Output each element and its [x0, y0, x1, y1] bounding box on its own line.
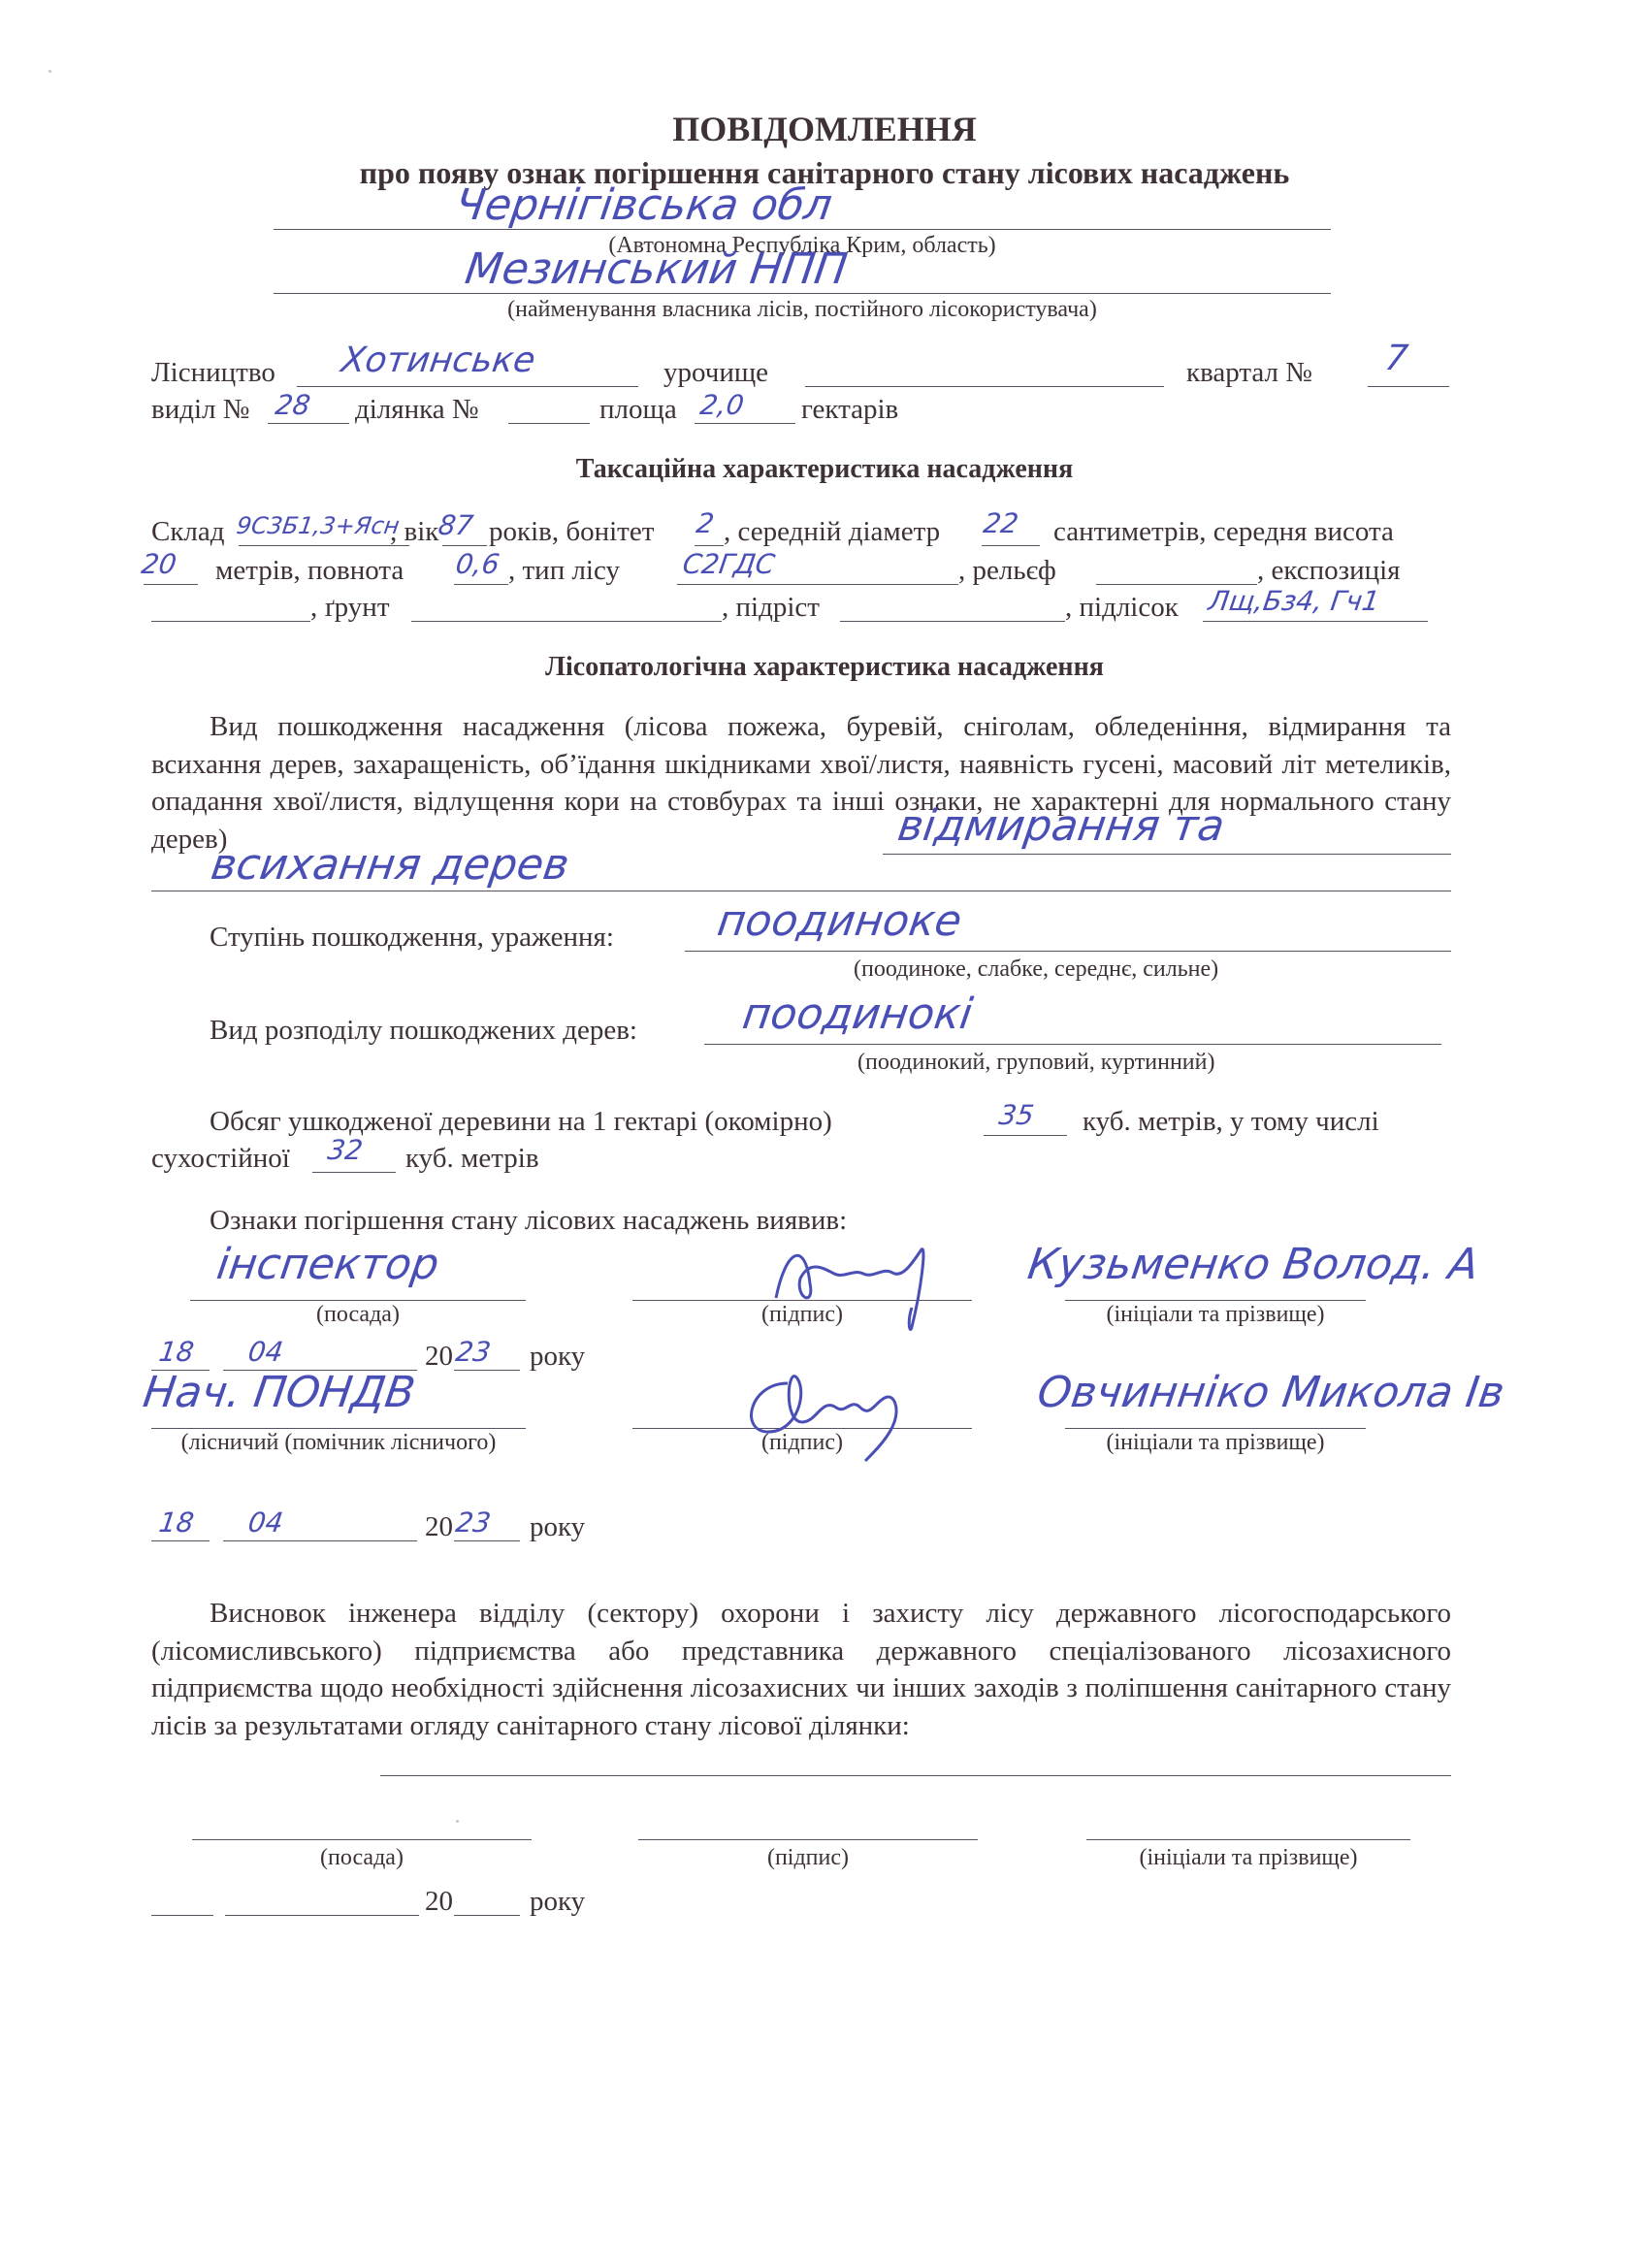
distribution-caption: (поодинокий, груповий, куртинний): [857, 1050, 1214, 1076]
inspector-name-caption: (ініціали та прізвище): [1065, 1302, 1366, 1328]
volume-field-line[interactable]: [984, 1135, 1067, 1136]
exposure-field-line[interactable]: [151, 621, 310, 622]
diameter-unit: сантиметрів, середня висота: [1053, 514, 1394, 549]
conclusion-field-line[interactable]: [380, 1775, 1451, 1776]
document-title: ПОВІДОМЛЕННЯ: [0, 109, 1649, 149]
forest-type-label: , тип лісу: [508, 553, 620, 588]
deadwood-label: сухостійної: [151, 1141, 290, 1176]
conclusion-date-day-line[interactable]: [151, 1915, 213, 1916]
damage-type-field-line-1[interactable]: [883, 854, 1451, 855]
inspector-date-century: 20: [425, 1339, 453, 1374]
scan-speck: [456, 1820, 459, 1823]
density-value: 0,6: [453, 545, 501, 584]
forester-date-day: 18: [156, 1504, 196, 1542]
volume-unit: куб. метрів, у тому числі: [1083, 1104, 1379, 1139]
composition-label: Склад: [151, 514, 225, 549]
undergrowth-field-line[interactable]: [840, 621, 1065, 622]
inspector-name-value: Кузьменко Волод. А: [1025, 1246, 1480, 1284]
forester-position-line[interactable]: [151, 1428, 526, 1429]
area-value: 2,0: [697, 386, 746, 425]
relief-label: , рельєф: [958, 553, 1056, 588]
conclusion-signature-caption: (підпис): [638, 1845, 978, 1871]
inspector-signature-caption: (підпис): [632, 1302, 972, 1328]
owner-value: Мезинський НПП: [463, 250, 850, 289]
inspector-date-month: 04: [245, 1333, 285, 1372]
pathology-heading: Лісопатологічна характеристика насадженн…: [0, 652, 1649, 683]
area-unit: гектарів: [801, 392, 898, 427]
soil-field-line[interactable]: [411, 621, 722, 622]
conclusion-name-line[interactable]: [1086, 1839, 1410, 1840]
region-value: Чернігівська обл: [453, 186, 834, 225]
distribution-value: поодинокі: [740, 995, 975, 1034]
volume-value: 35: [996, 1096, 1036, 1135]
conclusion-position-caption: (посада): [192, 1845, 532, 1871]
forester-signature-caption: (підпис): [632, 1430, 972, 1456]
deadwood-unit: куб. метрів: [405, 1141, 539, 1176]
degree-caption: (поодиноке, слабке, середнє, сильне): [854, 956, 1218, 983]
damage-type-value-line-1: відмирання та: [895, 807, 1226, 846]
subcompartment-label: виділ №: [151, 392, 249, 427]
conclusion-signature-line[interactable]: [638, 1839, 978, 1840]
conclusion-date-month-line[interactable]: [225, 1915, 419, 1916]
forester-position-value: Нач. ПОНДВ: [141, 1374, 417, 1412]
deadwood-field-line[interactable]: [312, 1172, 396, 1173]
distribution-field-line[interactable]: [704, 1044, 1441, 1045]
forester-name-line[interactable]: [1065, 1428, 1366, 1429]
density-field-line[interactable]: [454, 584, 508, 585]
inspector-position-line[interactable]: [190, 1300, 526, 1301]
forester-name-caption: (ініціали та прізвище): [1065, 1430, 1366, 1456]
soil-label: , ґрунт: [310, 590, 390, 625]
volume-label: Обсяг ушкодженої деревини на 1 гектарі (…: [210, 1104, 832, 1139]
inspector-date-year: 23: [453, 1333, 493, 1372]
area-label: площа: [599, 392, 677, 427]
underbrush-label: , підлісок: [1065, 590, 1179, 625]
diameter-label: , середній діаметр: [724, 514, 940, 549]
owner-caption: (найменування власника лісів, постійного…: [274, 297, 1331, 323]
damage-type-value-line-2: всихання дерев: [209, 846, 571, 885]
inspector-name-line[interactable]: [1065, 1300, 1366, 1301]
plot-label: ділянка №: [355, 392, 479, 427]
damage-type-description: Вид пошкодження насадження (лісова пожеж…: [151, 708, 1451, 858]
underbrush-value: Лщ,Бз4, Гч1: [1206, 582, 1382, 621]
degree-value: поодиноке: [715, 902, 964, 941]
composition-value: 9С3Б1,3+Ясн: [234, 506, 402, 545]
plot-field-line[interactable]: [508, 423, 590, 424]
forest-type-field-line[interactable]: [677, 584, 958, 585]
damage-type-field-line-2[interactable]: [151, 891, 1451, 891]
inspector-position-caption: (посада): [190, 1302, 526, 1328]
forestry-field-line[interactable]: [297, 386, 638, 387]
forestry-value: Хотинське: [339, 341, 537, 380]
conclusion-text: Висновок інженера відділу (сектору) охор…: [151, 1595, 1451, 1785]
underbrush-field-line[interactable]: [1203, 621, 1428, 622]
quarter-label: квартал №: [1186, 355, 1312, 390]
forester-date-suffix: року: [530, 1509, 585, 1544]
height-field-line[interactable]: [144, 584, 198, 585]
forest-type-value: С2ГДС: [680, 545, 777, 584]
quarter-value: 7: [1382, 340, 1410, 378]
conclusion-date-century: 20: [425, 1884, 453, 1919]
diameter-value: 22: [981, 504, 1020, 543]
distribution-label: Вид розподілу пошкоджених дерев:: [210, 1013, 637, 1048]
scan-speck: [48, 70, 51, 73]
subcompartment-value: 28: [273, 386, 312, 425]
undergrowth-label: , підріст: [722, 590, 820, 625]
height-value: 20: [139, 545, 178, 584]
age-value: 87: [436, 506, 475, 545]
forester-date-year: 23: [453, 1504, 493, 1542]
degree-field-line[interactable]: [685, 951, 1451, 952]
quarter-field-line[interactable]: [1368, 386, 1449, 387]
forester-date-month: 04: [245, 1504, 285, 1542]
forester-date-century: 20: [425, 1509, 453, 1544]
conclusion-date-suffix: року: [530, 1884, 585, 1919]
inspector-position-value: інспектор: [214, 1246, 441, 1284]
taxation-heading: Таксаційна характеристика насадження: [0, 454, 1649, 485]
age-label: , вік: [390, 514, 438, 549]
conclusion-name-caption: (ініціали та прізвище): [1086, 1845, 1410, 1871]
inspector-date-day: 18: [156, 1333, 196, 1372]
detected-by-label: Ознаки погіршення стану лісових насаджен…: [210, 1203, 847, 1238]
degree-label: Ступінь пошкодження, ураження:: [210, 920, 614, 955]
deadwood-value: 32: [325, 1131, 365, 1170]
forester-position-caption: (лісничий (помічник лісничого): [151, 1430, 526, 1456]
tract-label: урочище: [663, 355, 768, 390]
inspector-date-suffix: року: [530, 1339, 585, 1374]
conclusion-date-year-line[interactable]: [454, 1915, 520, 1916]
age-unit: років, бонітет: [489, 514, 654, 549]
diameter-field-line[interactable]: [982, 545, 1040, 546]
forester-name-value: Овчинніко Микола Ів: [1035, 1374, 1506, 1412]
forestry-label: Лісництво: [151, 355, 275, 390]
site-index-value: 2: [694, 504, 716, 543]
conclusion-position-line[interactable]: [192, 1839, 532, 1840]
height-unit: метрів, повнота: [215, 553, 404, 588]
composition-field-line[interactable]: [239, 545, 409, 546]
tract-field-line[interactable]: [805, 386, 1164, 387]
notice-document: ПОВІДОМЛЕННЯ про появу ознак погіршення …: [0, 0, 1649, 2268]
